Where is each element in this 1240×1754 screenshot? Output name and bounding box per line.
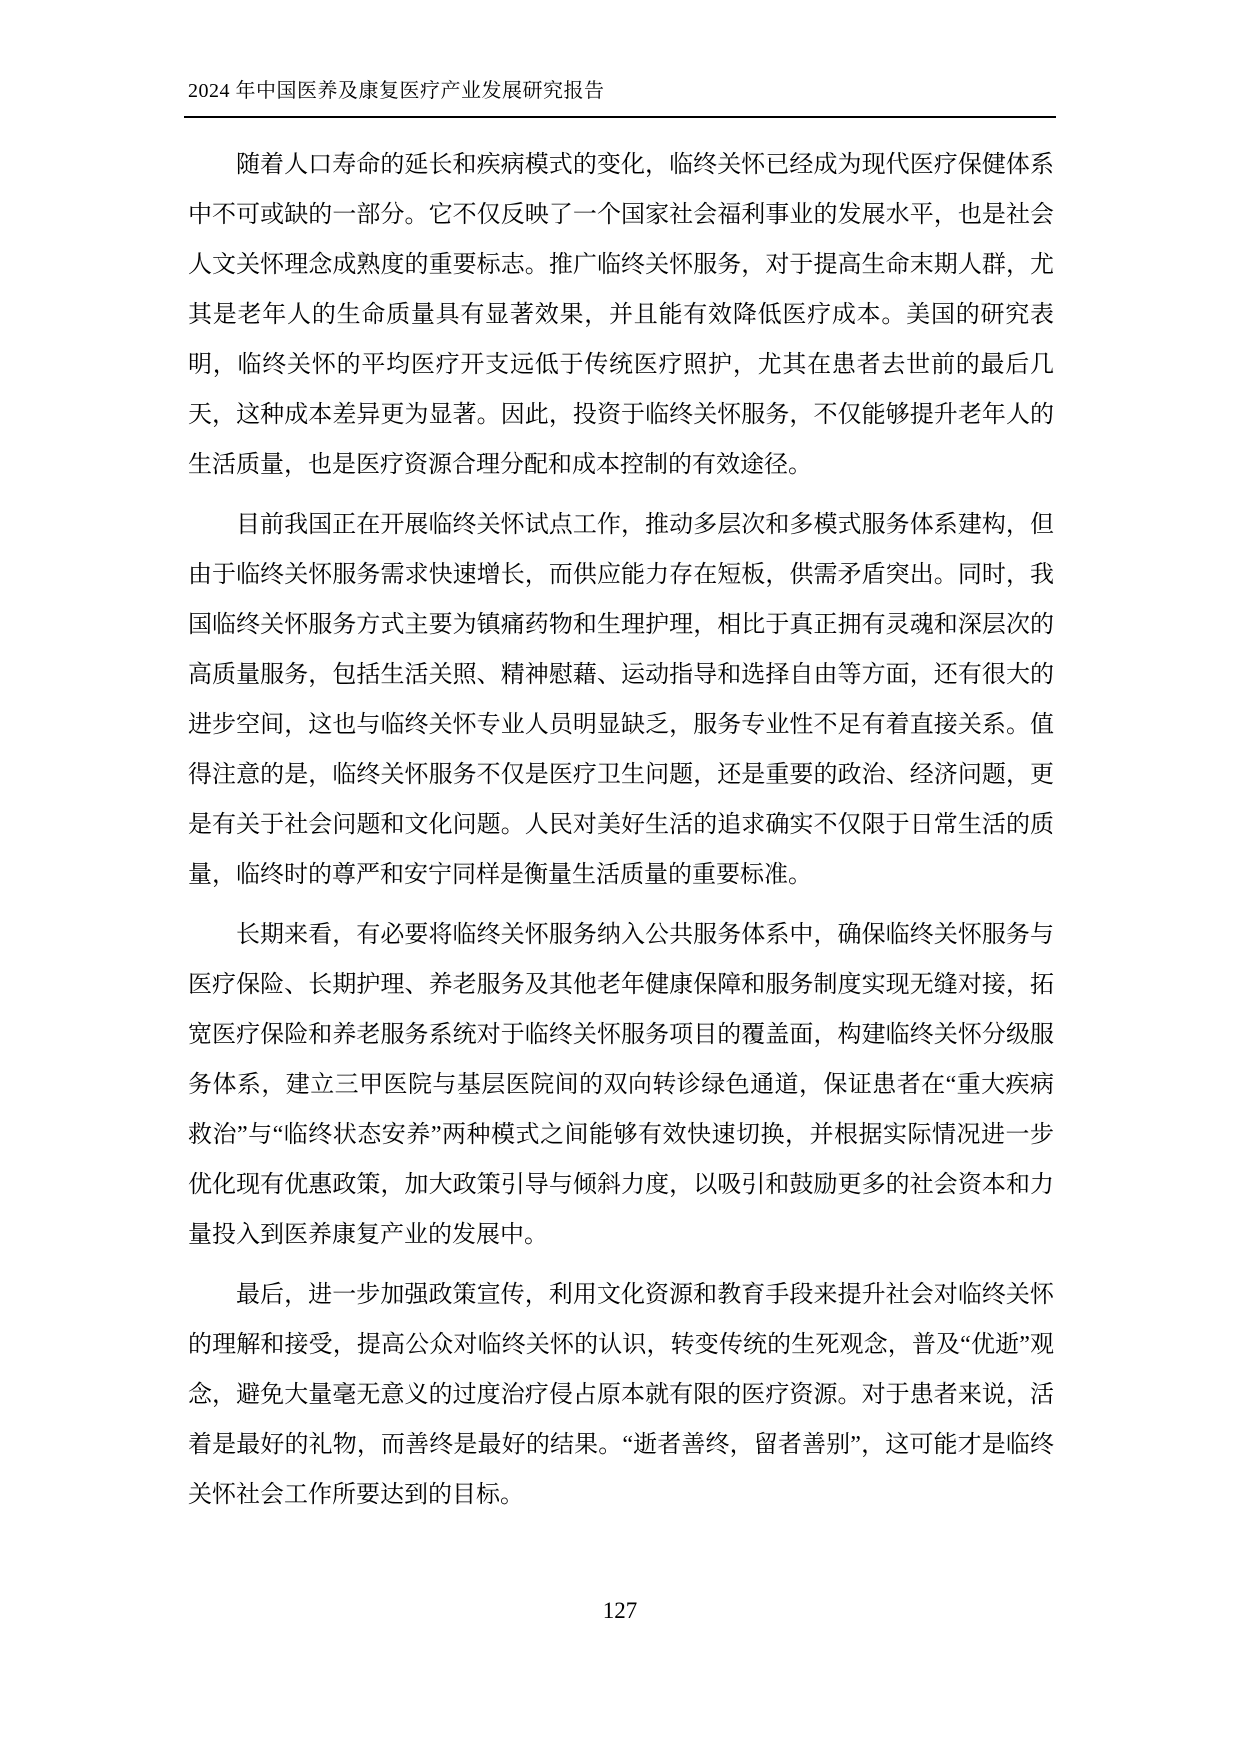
body-paragraph-1: 随着人口寿命的延长和疾病模式的变化，临终关怀已经成为现代医疗保健体系中不可或缺的… — [188, 140, 1054, 490]
report-header-title: 2024 年中国医养及康复医疗产业发展研究报告 — [188, 76, 1056, 106]
header-rule — [184, 116, 1056, 118]
document-body: 随着人口寿命的延长和疾病模式的变化，临终关怀已经成为现代医疗保健体系中不可或缺的… — [188, 140, 1054, 1530]
document-page: 2024 年中国医养及康复医疗产业发展研究报告 随着人口寿命的延长和疾病模式的变… — [0, 0, 1240, 1754]
body-paragraph-4: 最后，进一步加强政策宣传，利用文化资源和教育手段来提升社会对临终关怀的理解和接受… — [188, 1270, 1054, 1520]
body-paragraph-2: 目前我国正在开展临终关怀试点工作，推动多层次和多模式服务体系建构，但由于临终关怀… — [188, 500, 1054, 900]
page-number: 127 — [0, 1596, 1240, 1626]
body-paragraph-3: 长期来看，有必要将临终关怀服务纳入公共服务体系中，确保临终关怀服务与医疗保险、长… — [188, 910, 1054, 1260]
